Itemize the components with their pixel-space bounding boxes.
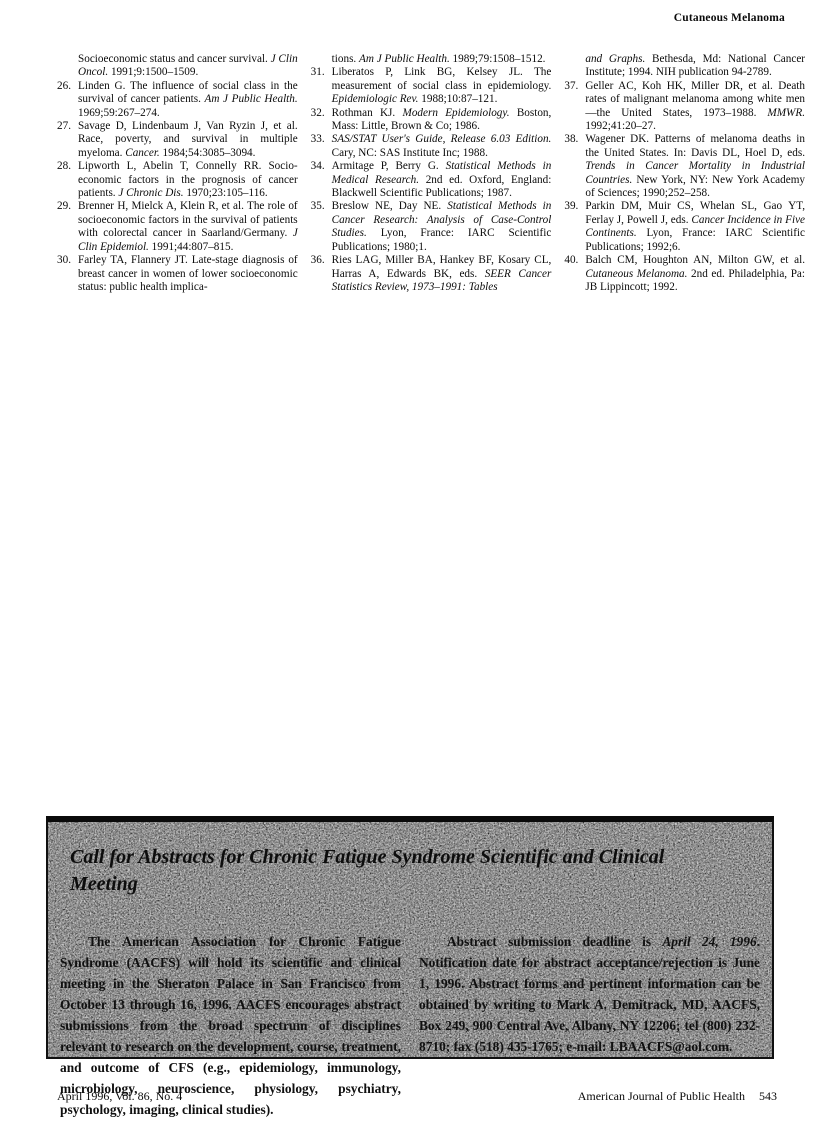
- reference-number: 27.: [57, 120, 71, 133]
- italic-text-run: Epidemiologic Rev.: [332, 93, 419, 105]
- reference-number: 34.: [311, 160, 325, 173]
- reference-text: Brenner H, Mielck A, Klein R, et al. The…: [78, 200, 298, 252]
- reference-text: SAS/STAT User's Guide, Release 6.03 Edit…: [332, 133, 552, 158]
- reference-number: 35.: [311, 200, 325, 213]
- reference-number: 31.: [311, 66, 325, 79]
- reference-item: Socioeconomic status and cancer survival…: [57, 53, 298, 80]
- reference-item: 31.Liberatos P, Link BG, Kelsey JL. The …: [311, 66, 552, 106]
- announcement-box: Call for Abstracts for Chronic Fatigue S…: [46, 816, 774, 1059]
- text-run: Socioeconomic status and cancer survival…: [78, 53, 271, 65]
- reference-number: 28.: [57, 160, 71, 173]
- reference-item: 33.SAS/STAT User's Guide, Release 6.03 E…: [311, 133, 552, 160]
- text-run: Wagener DK. Patterns of melanoma deaths …: [585, 133, 805, 158]
- text-run: 1991;9:1500–1509.: [108, 66, 198, 78]
- reference-text: Savage D, Lindenbaum J, Van Ryzin J, et …: [78, 120, 298, 159]
- reference-item: 32.Rothman KJ. Modern Epidemiology. Bost…: [311, 107, 552, 134]
- reference-column: Socioeconomic status and cancer survival…: [57, 53, 298, 294]
- footer-journal-line: American Journal of Public Health543: [578, 1089, 777, 1104]
- reference-text: Geller AC, Koh HK, Miller DR, et al. Dea…: [585, 80, 805, 132]
- reference-number: 30.: [57, 254, 71, 267]
- reference-column: tions. Am J Public Health. 1989;79:1508–…: [311, 53, 552, 294]
- reference-column: and Graphs. Bethesda, Md: National Cance…: [564, 53, 805, 294]
- italic-text-run: Am J Public Health.: [359, 53, 450, 65]
- reference-number: 40.: [564, 254, 578, 267]
- text-run: Liberatos P, Link BG, Kelsey JL. The mea…: [332, 66, 552, 91]
- text-run: 1991;44:807–815.: [149, 241, 234, 253]
- reference-item: 40.Balch CM, Houghton AN, Milton GW, et …: [564, 254, 805, 294]
- reference-item: 27.Savage D, Lindenbaum J, Van Ryzin J, …: [57, 120, 298, 160]
- italic-text-run: Am J Public Health.: [205, 93, 298, 105]
- reference-text: Farley TA, Flannery JT. Late-stage diagn…: [78, 254, 298, 293]
- page-footer: April 1996, Vol. 86, No. 4 American Jour…: [57, 1089, 777, 1104]
- reference-number: 32.: [311, 107, 325, 120]
- reference-item: 30.Farley TA, Flannery JT. Late-stage di…: [57, 254, 298, 294]
- reference-text: Linden G. The influence of social class …: [78, 80, 298, 119]
- reference-number: 26.: [57, 80, 71, 93]
- reference-number: 36.: [311, 254, 325, 267]
- text-run: 1988;10:87–121.: [418, 93, 497, 105]
- footer-issue: April 1996, Vol. 86, No. 4: [57, 1089, 182, 1104]
- journal-page: Cutaneous Melanoma Socioeconomic status …: [0, 0, 816, 1129]
- text-run: Rothman KJ.: [332, 107, 403, 119]
- reference-item: 26.Linden G. The influence of social cla…: [57, 80, 298, 120]
- reference-item: 28.Lipworth L, Abelin T, Connelly RR. So…: [57, 160, 298, 200]
- italic-text-run: Cutaneous Melanoma.: [585, 268, 687, 280]
- italic-text-run: and Graphs.: [585, 53, 645, 65]
- text-run: Armitage P, Berry G.: [332, 160, 446, 172]
- text-run: Farley TA, Flannery JT. Late-stage diagn…: [78, 254, 298, 293]
- reference-item: 29.Brenner H, Mielck A, Klein R, et al. …: [57, 200, 298, 254]
- text-run: Abstract submission deadline is: [447, 934, 662, 949]
- reference-text: Ries LAG, Miller BA, Hankey BF, Kosary C…: [332, 254, 552, 293]
- reference-item: 36.Ries LAG, Miller BA, Hankey BF, Kosar…: [311, 254, 552, 294]
- reference-item: 37.Geller AC, Koh HK, Miller DR, et al. …: [564, 80, 805, 134]
- footer-page-number: 543: [759, 1089, 777, 1103]
- reference-number: 38.: [564, 133, 578, 146]
- text-run: 1970;23:105–116.: [184, 187, 268, 199]
- text-run: 1992;41:20–27.: [585, 120, 656, 132]
- reference-text: Balch CM, Houghton AN, Milton GW, et al.…: [585, 254, 805, 293]
- running-head: Cutaneous Melanoma: [674, 12, 785, 24]
- text-run: Brenner H, Mielck A, Klein R, et al. The…: [78, 200, 298, 239]
- text-run: 1969;59:267–274.: [78, 107, 160, 119]
- reference-item: and Graphs. Bethesda, Md: National Cance…: [564, 53, 805, 80]
- text-run: 1984;54:3085–3094.: [160, 147, 256, 159]
- reference-number: 33.: [311, 133, 325, 146]
- reference-item: 35.Breslow NE, Day NE. Statistical Metho…: [311, 200, 552, 254]
- announcement-content: Call for Abstracts for Chronic Fatigue S…: [48, 822, 772, 1129]
- text-run: Balch CM, Houghton AN, Milton GW, et al.: [585, 254, 805, 266]
- reference-number: 29.: [57, 200, 71, 213]
- text-run: Breslow NE, Day NE.: [332, 200, 448, 212]
- reference-text: Parkin DM, Muir CS, Whelan SL, Gao YT, F…: [585, 200, 805, 252]
- italic-text-run: April 24, 1996: [662, 934, 756, 949]
- announcement-title: Call for Abstracts for Chronic Fatigue S…: [70, 844, 670, 898]
- reference-item: 39.Parkin DM, Muir CS, Whelan SL, Gao YT…: [564, 200, 805, 254]
- italic-text-run: Cancer.: [125, 147, 160, 159]
- reference-text: Socioeconomic status and cancer survival…: [78, 53, 298, 78]
- italic-text-run: MMWR.: [767, 107, 805, 119]
- reference-text: Rothman KJ. Modern Epidemiology. Boston,…: [332, 107, 552, 132]
- reference-item: tions. Am J Public Health. 1989;79:1508–…: [311, 53, 552, 66]
- reference-item: 34.Armitage P, Berry G. Statistical Meth…: [311, 160, 552, 200]
- references-section: Socioeconomic status and cancer survival…: [57, 53, 805, 294]
- italic-text-run: J Chronic Dis.: [118, 187, 183, 199]
- reference-text: Liberatos P, Link BG, Kelsey JL. The mea…: [332, 66, 552, 105]
- text-run: Cary, NC: SAS Institute Inc; 1988.: [332, 147, 488, 159]
- reference-text: and Graphs. Bethesda, Md: National Cance…: [585, 53, 805, 78]
- reference-text: Wagener DK. Patterns of melanoma deaths …: [585, 133, 805, 199]
- reference-number: 39.: [564, 200, 578, 213]
- reference-text: Armitage P, Berry G. Statistical Methods…: [332, 160, 552, 199]
- reference-text: Lipworth L, Abelin T, Connelly RR. Socio…: [78, 160, 298, 199]
- text-run: 1989;79:1508–1512.: [450, 53, 546, 65]
- footer-journal: American Journal of Public Health: [578, 1089, 745, 1103]
- reference-number: 37.: [564, 80, 578, 93]
- reference-text: Breslow NE, Day NE. Statistical Methods …: [332, 200, 552, 252]
- reference-text: tions. Am J Public Health. 1989;79:1508–…: [332, 53, 546, 65]
- text-run: . Notification date for abstract accepta…: [419, 934, 760, 1054]
- text-run: tions.: [332, 53, 359, 65]
- italic-text-run: Modern Epidemiology.: [403, 107, 510, 119]
- italic-text-run: SAS/STAT User's Guide, Release 6.03 Edit…: [332, 133, 552, 145]
- reference-item: 38.Wagener DK. Patterns of melanoma deat…: [564, 133, 805, 200]
